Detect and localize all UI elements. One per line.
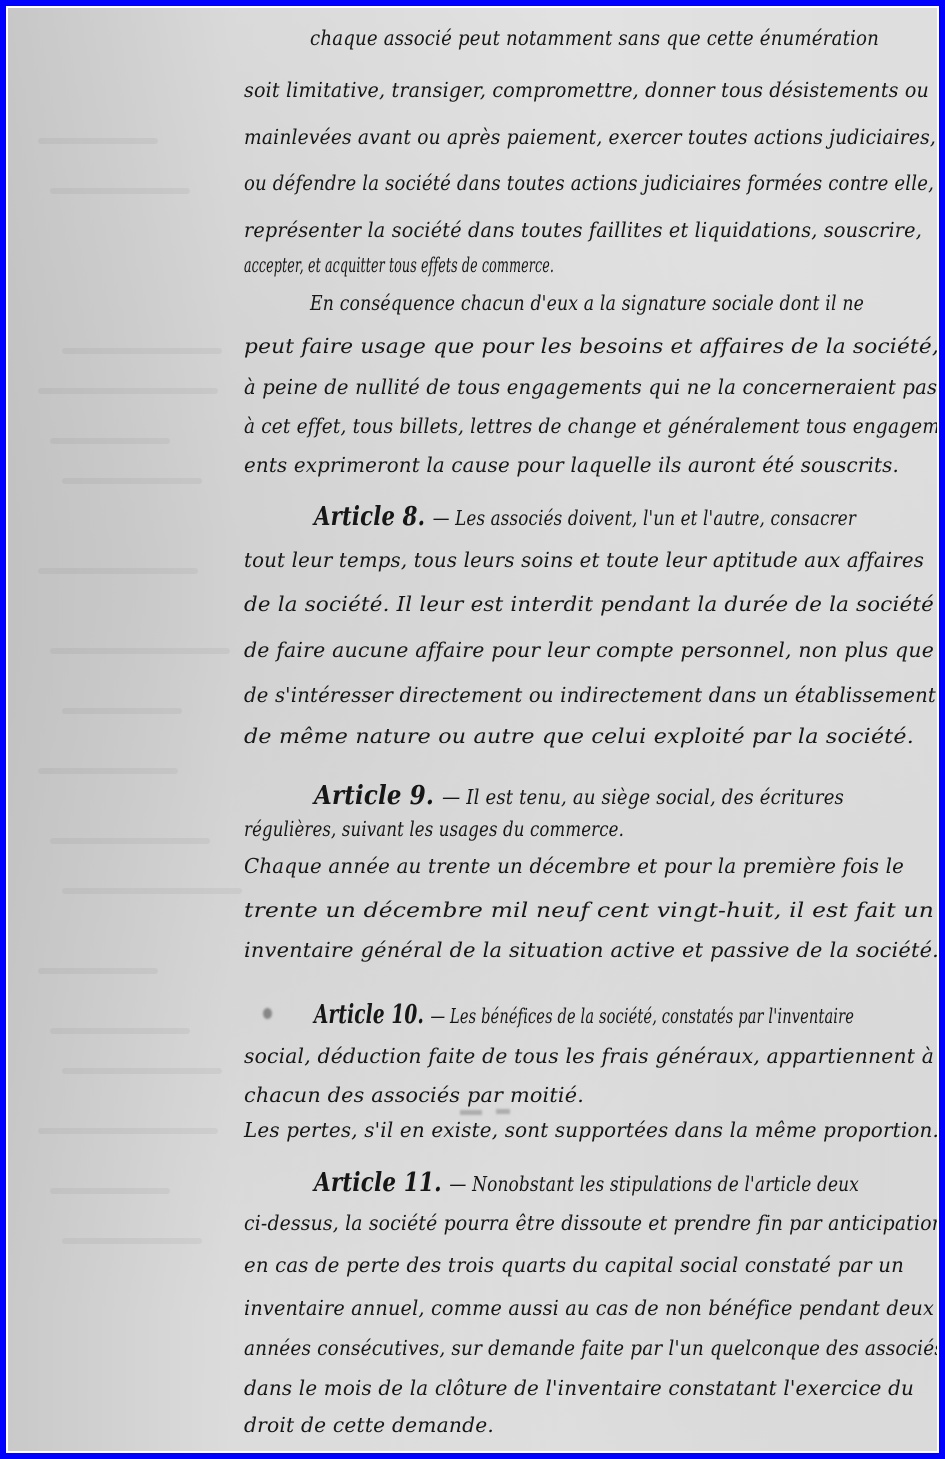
ink-spot xyxy=(263,1008,272,1019)
text-line: droit de cette demande. xyxy=(244,1413,494,1437)
line-text: chaque associé peut notamment sans que c… xyxy=(310,26,879,50)
text-line: peut faire usage que pour les besoins et… xyxy=(244,334,937,358)
line-text: — Nonobstant les stipulations de l'artic… xyxy=(449,1172,859,1196)
line-text: chacun des associés par moitié. xyxy=(244,1083,584,1107)
line-text: droit de cette demande. xyxy=(244,1413,494,1437)
text-line: soit limitative, transiger, compromettre… xyxy=(244,78,929,102)
article-heading-line: Article 11. — Nonobstant les stipulation… xyxy=(314,1168,859,1198)
line-text: peut faire usage que pour les besoins et… xyxy=(244,334,937,358)
bleed-through-line xyxy=(50,1188,170,1194)
text-line: régulières, suivant les usages du commer… xyxy=(244,817,624,841)
line-text: tout leur temps, tous leurs soins et tou… xyxy=(244,548,924,572)
line-text: régulières, suivant les usages du commer… xyxy=(244,817,624,841)
line-text: ci-dessus, la société pourra être dissou… xyxy=(244,1211,937,1235)
line-text: Chaque année au trente un décembre et po… xyxy=(244,854,904,878)
text-line: années consécutives, sur demande faite p… xyxy=(244,1336,937,1360)
bleed-through-line xyxy=(50,838,210,844)
text-line: de s'intéresser directement ou indirecte… xyxy=(244,683,936,707)
line-text: de faire aucune affaire pour leur compte… xyxy=(244,638,934,662)
text-line: en cas de perte des trois quarts du capi… xyxy=(244,1253,904,1277)
text-line: accepter, et acquitter tous effets de co… xyxy=(244,253,554,277)
text-line: ents exprimeront la cause pour laquelle … xyxy=(244,453,899,477)
bleed-through-line xyxy=(50,438,170,444)
text-line: social, déduction faite de tous les frai… xyxy=(244,1044,934,1068)
line-text: à cet effet, tous billets, lettres de ch… xyxy=(244,414,937,438)
bleed-through-line xyxy=(38,388,218,394)
text-line: ou défendre la société dans toutes actio… xyxy=(244,171,934,195)
line-text: soit limitative, transiger, compromettre… xyxy=(244,78,929,102)
bleed-through-line xyxy=(38,968,158,974)
article-heading-line: Article 8. — Les associés doivent, l'un … xyxy=(314,502,856,532)
bleed-through-line xyxy=(50,188,190,194)
bleed-through-line xyxy=(50,1028,190,1034)
article-heading-line: Article 10. — Les bénéfices de la sociét… xyxy=(314,1000,854,1030)
bleed-through-line xyxy=(62,1068,222,1074)
line-text: de la société. Il leur est interdit pend… xyxy=(244,592,934,616)
text-line: trente un décembre mil neuf cent vingt-h… xyxy=(244,898,934,922)
blue-frame-border: chaque associé peut notamment sans que c… xyxy=(6,6,939,1453)
bleed-through-line xyxy=(50,648,230,654)
line-text: de même nature ou autre que celui exploi… xyxy=(244,724,914,748)
text-line: Chaque année au trente un décembre et po… xyxy=(244,854,904,878)
text-line: ci-dessus, la société pourra être dissou… xyxy=(244,1211,937,1235)
bleed-through-line xyxy=(38,768,178,774)
line-text: — Les bénéfices de la société, constatés… xyxy=(431,1004,854,1028)
line-text: accepter, et acquitter tous effets de co… xyxy=(244,253,554,277)
article-heading-line: Article 9. — Il est tenu, au siège socia… xyxy=(314,781,844,811)
line-text: dans le mois de la clôture de l'inventai… xyxy=(244,1376,914,1400)
article-number: Article 9. xyxy=(314,781,442,811)
line-text: En conséquence chacun d'eux a la signatu… xyxy=(310,291,864,315)
ink-smudge xyxy=(460,1110,482,1115)
bleed-through-line xyxy=(38,1128,218,1134)
ink-smudge xyxy=(496,1109,510,1114)
line-text: en cas de perte des trois quarts du capi… xyxy=(244,1253,904,1277)
bleed-through-line xyxy=(62,888,242,894)
text-line: En conséquence chacun d'eux a la signatu… xyxy=(310,291,864,315)
line-text: inventaire annuel, comme aussi au cas de… xyxy=(244,1296,934,1320)
text-line: à peine de nullité de tous engagements q… xyxy=(244,375,937,399)
bleed-through-line xyxy=(38,138,158,144)
line-text: mainlevées avant ou après paiement, exer… xyxy=(244,125,936,149)
text-line: représenter la société dans toutes faill… xyxy=(244,218,922,242)
bleed-through-margin xyxy=(8,8,238,1451)
line-text: de s'intéresser directement ou indirecte… xyxy=(244,683,936,707)
text-line: dans le mois de la clôture de l'inventai… xyxy=(244,1376,914,1400)
line-text: trente un décembre mil neuf cent vingt-h… xyxy=(244,898,934,922)
line-text: — Les associés doivent, l'un et l'autre,… xyxy=(433,506,856,530)
scanned-page: chaque associé peut notamment sans que c… xyxy=(8,8,937,1451)
text-line: mainlevées avant ou après paiement, exer… xyxy=(244,125,936,149)
article-number: Article 11. xyxy=(314,1168,449,1198)
bleed-through-line xyxy=(62,708,182,714)
text-line: de la société. Il leur est interdit pend… xyxy=(244,592,934,616)
bleed-through-line xyxy=(62,348,222,354)
text-line: chaque associé peut notamment sans que c… xyxy=(310,26,879,50)
text-line: inventaire annuel, comme aussi au cas de… xyxy=(244,1296,934,1320)
text-line: chacun des associés par moitié. xyxy=(244,1083,584,1107)
text-line: à cet effet, tous billets, lettres de ch… xyxy=(244,414,937,438)
line-text: inventaire général de la situation activ… xyxy=(244,938,937,962)
line-text: représenter la société dans toutes faill… xyxy=(244,218,922,242)
bleed-through-line xyxy=(62,478,202,484)
line-text: ou défendre la société dans toutes actio… xyxy=(244,171,934,195)
bleed-through-line xyxy=(62,1238,202,1244)
line-text: ents exprimeront la cause pour laquelle … xyxy=(244,453,899,477)
text-line: tout leur temps, tous leurs soins et tou… xyxy=(244,548,924,572)
line-text: — Il est tenu, au siège social, des écri… xyxy=(442,785,844,809)
line-text: à peine de nullité de tous engagements q… xyxy=(244,375,937,399)
text-line: Les pertes, s'il en existe, sont support… xyxy=(244,1118,937,1142)
bleed-through-line xyxy=(38,568,198,574)
line-text: Les pertes, s'il en existe, sont support… xyxy=(244,1118,937,1142)
text-line: inventaire général de la situation activ… xyxy=(244,938,937,962)
article-number: Article 10. xyxy=(314,1000,431,1030)
line-text: années consécutives, sur demande faite p… xyxy=(244,1336,937,1360)
line-text: social, déduction faite de tous les frai… xyxy=(244,1044,934,1068)
text-line: de faire aucune affaire pour leur compte… xyxy=(244,638,934,662)
article-number: Article 8. xyxy=(314,502,433,532)
text-line: de même nature ou autre que celui exploi… xyxy=(244,724,914,748)
